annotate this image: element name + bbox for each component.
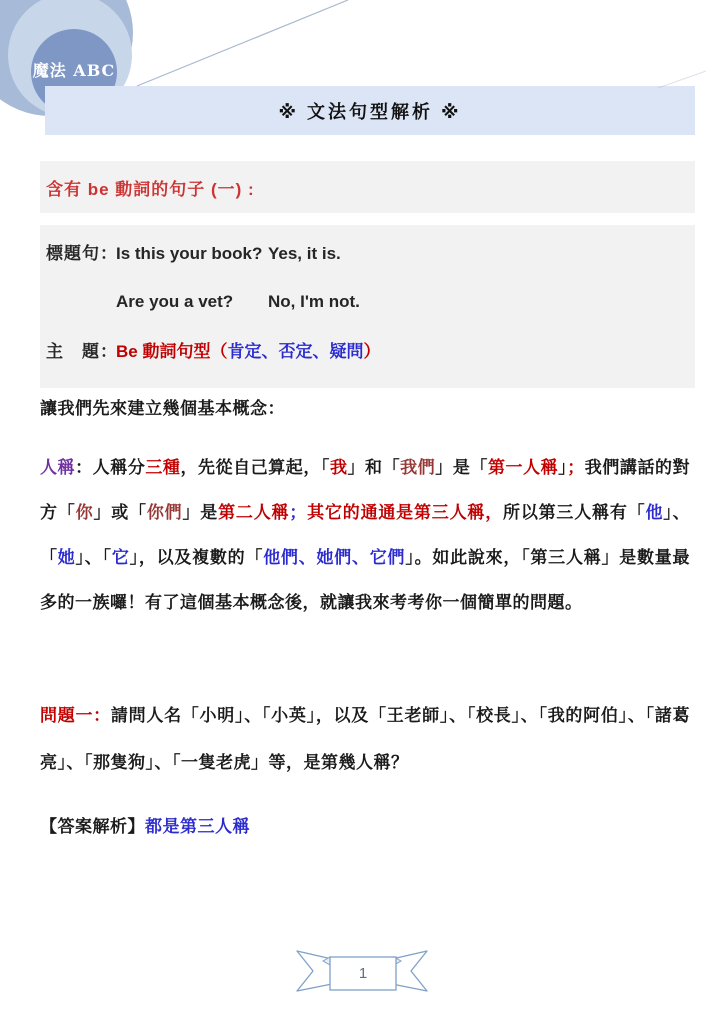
text-segment: ：人稱分 xyxy=(75,458,145,477)
person-paragraph: 人稱：人稱分三種，先從自己算起，「我」和「我們」是「第一人稱」；我們講話的對方「… xyxy=(40,445,690,625)
header-bar: ※ 文法句型解析 ※ xyxy=(45,86,695,135)
text-segment: Be 動詞句型 xyxy=(116,342,210,361)
text-segment: 其它的通通是第三人稱， xyxy=(307,503,503,522)
example-row-1: 標題句：Is this your book?Yes, it is. xyxy=(46,239,695,269)
example-answer-1: Yes, it is. xyxy=(268,244,341,263)
example-box: 標題句：Is this your book?Yes, it is. Are yo… xyxy=(40,225,695,388)
text-segment: ； xyxy=(567,458,585,477)
example-question-1: Is this your book? xyxy=(116,239,268,269)
example-label: 標題句： xyxy=(46,239,116,269)
text-segment: 」是 xyxy=(182,503,218,522)
text-segment: 」是「 xyxy=(435,458,488,477)
text-segment: 」 xyxy=(558,458,567,477)
text-segment: 我 xyxy=(330,458,348,477)
text-segment: ） xyxy=(363,342,380,361)
text-segment: 第二人稱 xyxy=(218,503,289,522)
text-segment: 三種 xyxy=(145,458,180,477)
text-segment: 它 xyxy=(112,548,130,567)
page-number: 1 xyxy=(330,957,396,990)
text-segment: 所以第三人稱有「 xyxy=(503,503,645,522)
answer-paragraph: 【答案解析】都是第三人稱 xyxy=(40,812,690,837)
text-segment: 她 xyxy=(58,548,76,567)
text-segment: 他 xyxy=(645,503,663,522)
page-number-ribbon: 1 xyxy=(288,944,436,1006)
text-segment: 你們 xyxy=(147,503,183,522)
text-segment: 問題一： xyxy=(40,706,111,725)
text-segment: 」或「 xyxy=(93,503,146,522)
text-segment: ，先從自己算起，「 xyxy=(180,458,330,477)
subject-row: 主 題：Be 動詞句型（肯定、否定、疑問） xyxy=(46,337,695,367)
logo-text: 魔法 ABC xyxy=(31,58,117,81)
subject-label: 主 題： xyxy=(46,337,116,367)
text-segment: 」、「 xyxy=(76,548,112,567)
text-segment: （ xyxy=(210,342,227,361)
subject-text: Be 動詞句型（肯定、否定、疑問） xyxy=(116,342,380,361)
text-segment: 」，以及複數的「 xyxy=(130,548,264,567)
example-answer-2: No, I'm not. xyxy=(268,292,360,311)
section-heading: 含有 be 動詞的句子 (一) : xyxy=(40,175,255,200)
text-segment: 第一人稱 xyxy=(488,458,558,477)
text-segment: 請問人名「小明」、「小英」，以及「王老師」、「校長」、「我的阿伯」、「諸葛亮」、… xyxy=(40,706,690,772)
text-segment: 」和「 xyxy=(348,458,401,477)
text-segment: 你 xyxy=(76,503,94,522)
example-question-2: Are you a vet? xyxy=(116,287,268,317)
page-title: ※ 文法句型解析 ※ xyxy=(279,98,462,124)
magic-abc-logo: 魔法 ABC xyxy=(0,0,200,160)
text-segment: 人稱 xyxy=(40,458,75,477)
text-segment: 我們 xyxy=(400,458,435,477)
intro-text: 讓我們先來建立幾個基本概念： xyxy=(40,394,690,419)
text-segment: 【答案解析】 xyxy=(40,817,145,836)
text-segment: ； xyxy=(289,503,307,522)
text-segment: 肯定、否定、疑問 xyxy=(227,342,363,361)
section-heading-band: 含有 be 動詞的句子 (一) : xyxy=(40,161,695,213)
example-row-2: Are you a vet?No, I'm not. xyxy=(46,287,695,317)
question-paragraph: 問題一：請問人名「小明」、「小英」，以及「王老師」、「校長」、「我的阿伯」、「諸… xyxy=(40,692,690,786)
text-segment: 他們、她們、它們 xyxy=(263,548,405,567)
text-segment: 都是第三人稱 xyxy=(145,817,250,836)
